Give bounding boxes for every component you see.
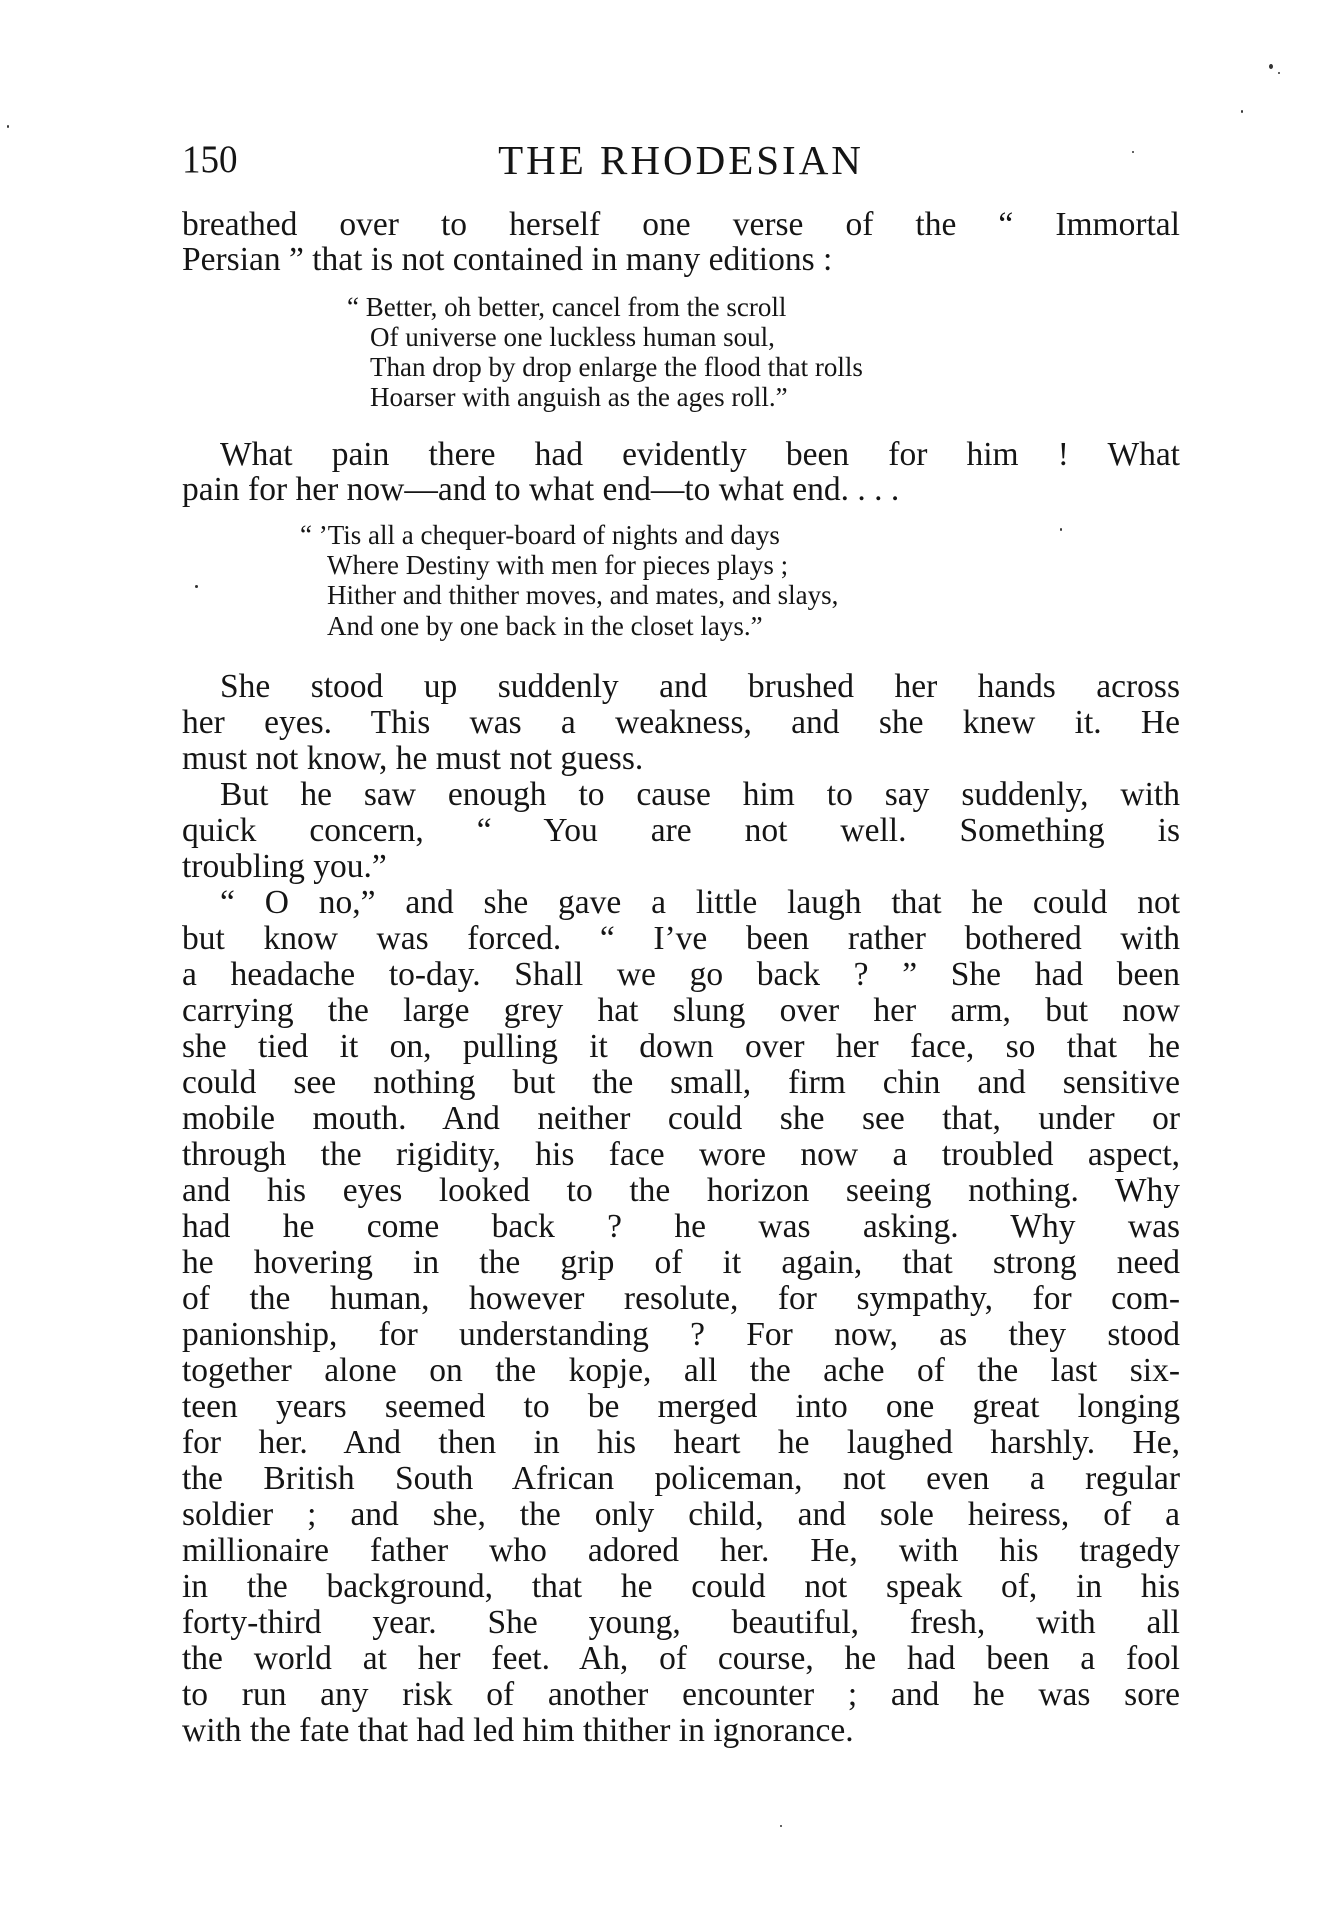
text-line: “ O no,” and she gave a little laugh tha… (220, 885, 1180, 921)
running-head: 150 THE RHODESIAN (182, 138, 1182, 182)
text-line: a headache to-day. Shall we go back ? ” … (182, 957, 1180, 993)
text-line: carrying the large grey hat slung over h… (182, 993, 1180, 1029)
page-number: 150 (182, 138, 238, 182)
book-page: 150 THE RHODESIAN breathed over to herse… (0, 0, 1325, 1918)
text-line: with the fate that had led him thither i… (182, 1713, 1180, 1749)
text-line: of the human, however resolute, for symp… (182, 1281, 1180, 1317)
scan-speck (1278, 72, 1280, 74)
text-line: panionship, for understanding ? For now,… (182, 1317, 1180, 1353)
text-line: teen years seemed to be merged into one … (182, 1389, 1180, 1425)
text-line: pain for her now—and to what end—to what… (182, 472, 1180, 508)
running-title: THE RHODESIAN (482, 138, 880, 182)
text-line: mobile mouth. And neither could she see … (182, 1101, 1180, 1137)
text-line: millionaire father who adored her. He, w… (182, 1533, 1180, 1569)
scan-speck (1269, 64, 1273, 69)
scan-speck (7, 125, 9, 128)
scan-speck (1132, 151, 1134, 153)
verse-line: Of universe one luckless human soul, (370, 322, 775, 352)
text-line: and his eyes looked to the horizon seein… (182, 1173, 1180, 1209)
text-line: but know was forced. “ I’ve been rather … (182, 921, 1180, 957)
text-line: What pain there had evidently been for h… (220, 437, 1180, 473)
text-line: She stood up suddenly and brushed her ha… (220, 669, 1180, 705)
text-line: breathed over to herself one verse of th… (182, 207, 1180, 243)
scan-speck (1241, 110, 1243, 113)
text-line: for her. And then in his heart he laughe… (182, 1425, 1180, 1461)
verse-line: Where Destiny with men for pieces plays … (327, 550, 788, 580)
text-line: forty-third year. She young, beautiful, … (182, 1605, 1180, 1641)
text-line: quick concern, “ You are not well. Somet… (182, 813, 1180, 849)
verse-line: Than drop by drop enlarge the flood that… (370, 352, 863, 382)
text-line: had he come back ? he was asking. Why wa… (182, 1209, 1180, 1245)
text-line: together alone on the kopje, all the ach… (182, 1353, 1180, 1389)
verse-line: “ Better, oh better, cancel from the scr… (347, 292, 786, 322)
scan-speck (195, 585, 198, 588)
text-line: Persian ” that is not contained in many … (182, 242, 1180, 278)
scan-speck (780, 1825, 782, 1827)
text-line: through the rigidity, his face wore now … (182, 1137, 1180, 1173)
text-line: she tied it on, pulling it down over her… (182, 1029, 1180, 1065)
text-line: he hovering in the grip of it again, tha… (182, 1245, 1180, 1281)
text-line: soldier ; and she, the only child, and s… (182, 1497, 1180, 1533)
text-line: her eyes. This was a weakness, and she k… (182, 705, 1180, 741)
scan-speck (1060, 528, 1062, 531)
text-line: the British South African policeman, not… (182, 1461, 1180, 1497)
verse-line: “ ’Tis all a chequer-board of nights and… (300, 520, 780, 550)
text-line: could see nothing but the small, firm ch… (182, 1065, 1180, 1101)
text-line: But he saw enough to cause him to say su… (220, 777, 1180, 813)
text-line: in the background, that he could not spe… (182, 1569, 1180, 1605)
verse-line: Hoarser with anguish as the ages roll.” (370, 382, 788, 412)
text-line: the world at her feet. Ah, of course, he… (182, 1641, 1180, 1677)
text-line: troubling you.” (182, 849, 1180, 885)
text-line: must not know, he must not guess. (182, 741, 1180, 777)
verse-line: And one by one back in the closet lays.” (327, 611, 763, 641)
verse-line: Hither and thither moves, and mates, and… (327, 580, 838, 610)
text-line: to run any risk of another encounter ; a… (182, 1677, 1180, 1713)
